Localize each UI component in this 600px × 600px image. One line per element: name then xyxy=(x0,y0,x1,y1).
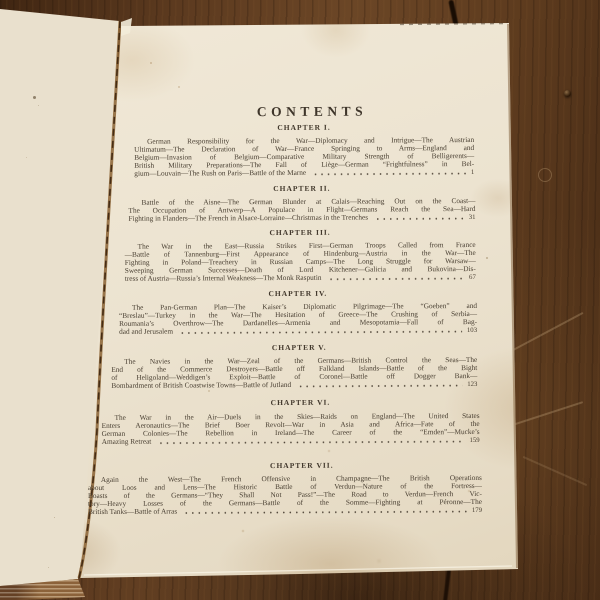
chapter-heading: CHAPTER III. xyxy=(125,228,476,238)
chapter-block: CHAPTER III. The War in the East—Russia … xyxy=(85,228,485,285)
page-number: 31 xyxy=(469,214,476,222)
chapter-list: CHAPTER I. German Responsibility for the… xyxy=(84,123,486,518)
screw-head xyxy=(564,90,571,97)
chapter-block: CHAPTER IV. The Pan-German Plan—The Kais… xyxy=(85,288,485,337)
chapter-leader-line: tress of Austria—Russia’s Internal Weakn… xyxy=(125,273,476,284)
page-number: 67 xyxy=(469,274,476,282)
dot-leader xyxy=(328,276,465,283)
chapter-description: Again the West—The French Offensive in C… xyxy=(88,474,482,508)
chapter-text-line: Amazing Retreat xyxy=(102,438,152,446)
chapter-leader-line: gium—Louvain—The Rush on Paris—Battle of… xyxy=(134,168,474,179)
dot-leader xyxy=(179,328,462,335)
chapter-block: CHAPTER VI. The War in the Air—Duels in … xyxy=(85,398,485,447)
chapter-block: CHAPTER I. German Responsibility for the… xyxy=(84,123,484,180)
chapter-heading: CHAPTER IV. xyxy=(119,288,477,298)
chapter-text-line: tress of Austria—Russia’s Internal Weakn… xyxy=(125,274,322,283)
dot-leader xyxy=(297,383,462,390)
chapter-description: The Pan-German Plan—The Kaiser’s Diploma… xyxy=(119,302,477,328)
chapter-text-line: dad and Jerusalem xyxy=(119,327,173,335)
wood-ring-mark xyxy=(538,168,552,182)
chapter-description: The Navies in the War—Zeal of the German… xyxy=(111,356,477,382)
chapter-heading: CHAPTER II. xyxy=(128,184,475,194)
chapter-text-line: British Tanks—Battle of Arras xyxy=(88,508,177,517)
paper-foxing-spots xyxy=(150,62,152,64)
chapter-text-line: Fighting in Flanders—The French in Alsac… xyxy=(128,213,368,222)
chapter-leader-line: Bombardment of British Coastwise Towns—B… xyxy=(111,380,477,391)
chapter-leader-line: Fighting in Flanders—The French in Alsac… xyxy=(128,213,475,224)
chapter-block: CHAPTER VII. Again the West—The French O… xyxy=(86,461,486,518)
chapter-leader-line: dad and Jerusalem 103 xyxy=(119,326,477,337)
chapter-heading: CHAPTER VII. xyxy=(88,461,482,471)
table-of-contents: CONTENTS CHAPTER I. German Responsibilit… xyxy=(84,103,486,518)
chapter-heading: CHAPTER V. xyxy=(111,343,477,353)
chapter-heading: CHAPTER I. xyxy=(134,123,474,133)
dot-leader xyxy=(312,171,466,178)
dot-leader xyxy=(157,438,464,446)
chapter-description: The War in the Air—Duels in the Skies—Ra… xyxy=(102,412,480,438)
chapter-description: German Responsibility for the War—Diplom… xyxy=(134,136,474,170)
chapter-block: CHAPTER II. Battle of the Aisne—The Germ… xyxy=(84,184,484,224)
page-number: 123 xyxy=(467,381,477,389)
page-number: 1 xyxy=(471,169,474,177)
chapter-description: The War in the East—Russia Strikes First… xyxy=(125,241,476,275)
dot-leader xyxy=(183,509,467,516)
chapter-text-line: Bombardment of British Coastwise Towns—B… xyxy=(111,381,291,390)
left-page-specks xyxy=(33,96,36,99)
page-number: 179 xyxy=(472,507,482,515)
page-title: CONTENTS xyxy=(112,103,512,121)
chapter-heading: CHAPTER VI. xyxy=(101,398,479,408)
chapter-text-line: gium—Louvain—The Rush on Paris—Battle of… xyxy=(134,169,306,178)
dot-leader xyxy=(374,215,464,221)
page-number: 159 xyxy=(469,437,479,445)
chapter-block: CHAPTER V. The Navies in the War—Zeal of… xyxy=(85,343,485,392)
photo-scene: CONTENTS CHAPTER I. German Responsibilit… xyxy=(0,0,600,600)
page-number: 103 xyxy=(467,327,477,335)
